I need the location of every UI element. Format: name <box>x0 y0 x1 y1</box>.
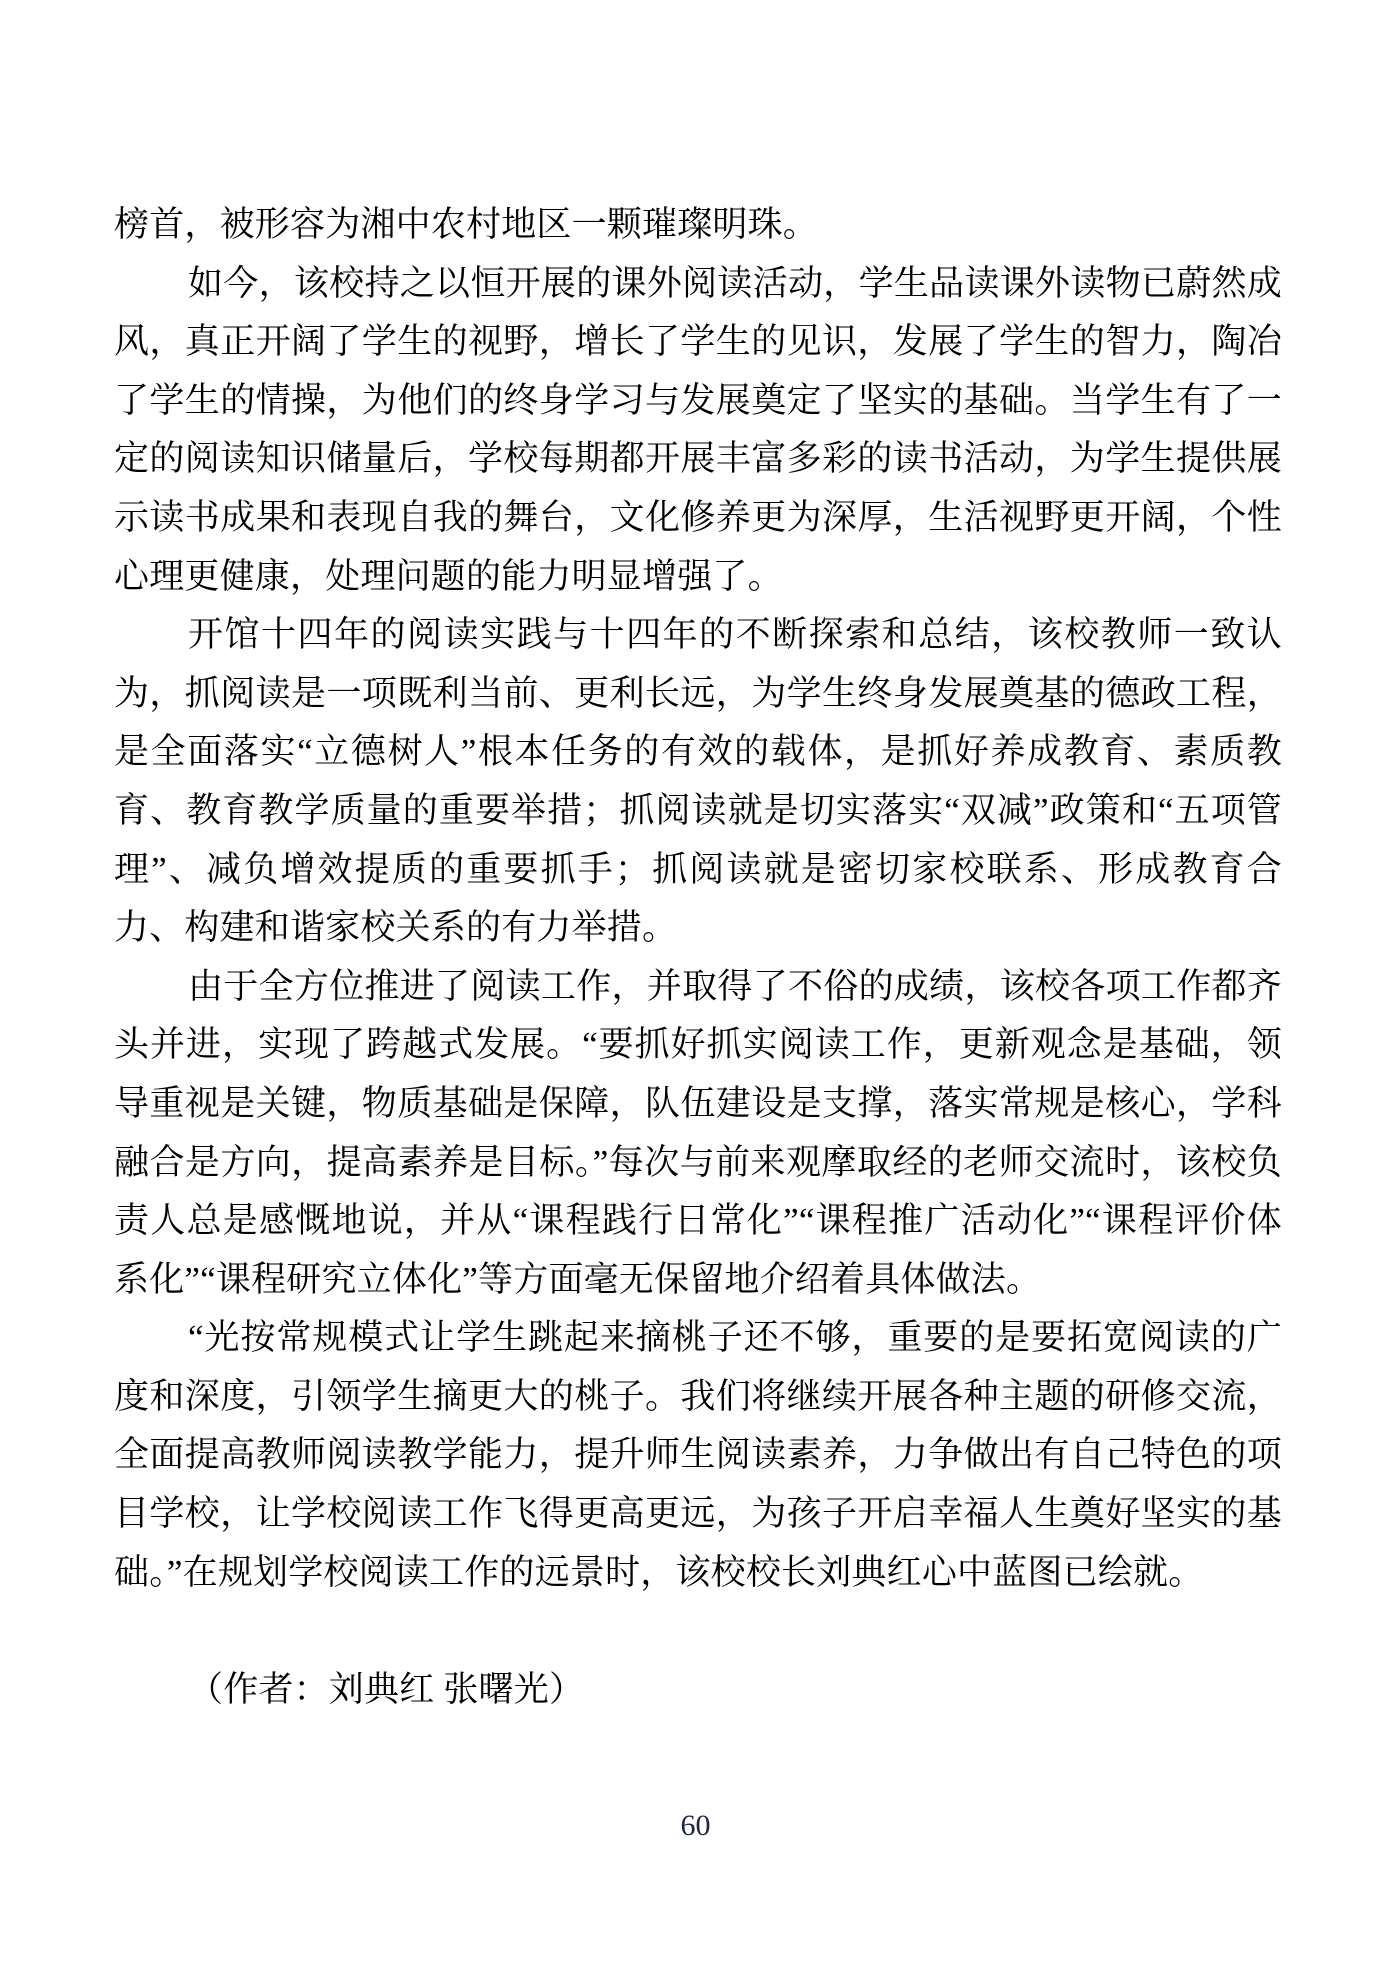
paragraph: 由于全方位推进了阅读工作，并取得了不俗的成绩，该校各项工作都齐头并进，实现了跨越… <box>114 958 1282 1310</box>
paragraph-continuation: 榜首，被形容为湘中农村地区一颗璀璨明珠。 <box>114 196 1282 255</box>
page-number: 60 <box>0 1806 1391 1846</box>
author-line: （作者：刘典红 张曙光） <box>114 1661 1282 1720</box>
article-body: 榜首，被形容为湘中农村地区一颗璀璨明珠。 如今，该校持之以恒开展的课外阅读活动，… <box>114 196 1282 1719</box>
document-page: 榜首，被形容为湘中农村地区一颗璀璨明珠。 如今，该校持之以恒开展的课外阅读活动，… <box>0 0 1391 1965</box>
paragraph: “光按常规模式让学生跳起来摘桃子还不够，重要的是要拓宽阅读的广度和深度，引领学生… <box>114 1309 1282 1602</box>
paragraph: 开馆十四年的阅读实践与十四年的不断探索和总结，该校教师一致认为，抓阅读是一项既利… <box>114 606 1282 958</box>
paragraph: 如今，该校持之以恒开展的课外阅读活动，学生品读课外读物已蔚然成风，真正开阔了学生… <box>114 255 1282 607</box>
